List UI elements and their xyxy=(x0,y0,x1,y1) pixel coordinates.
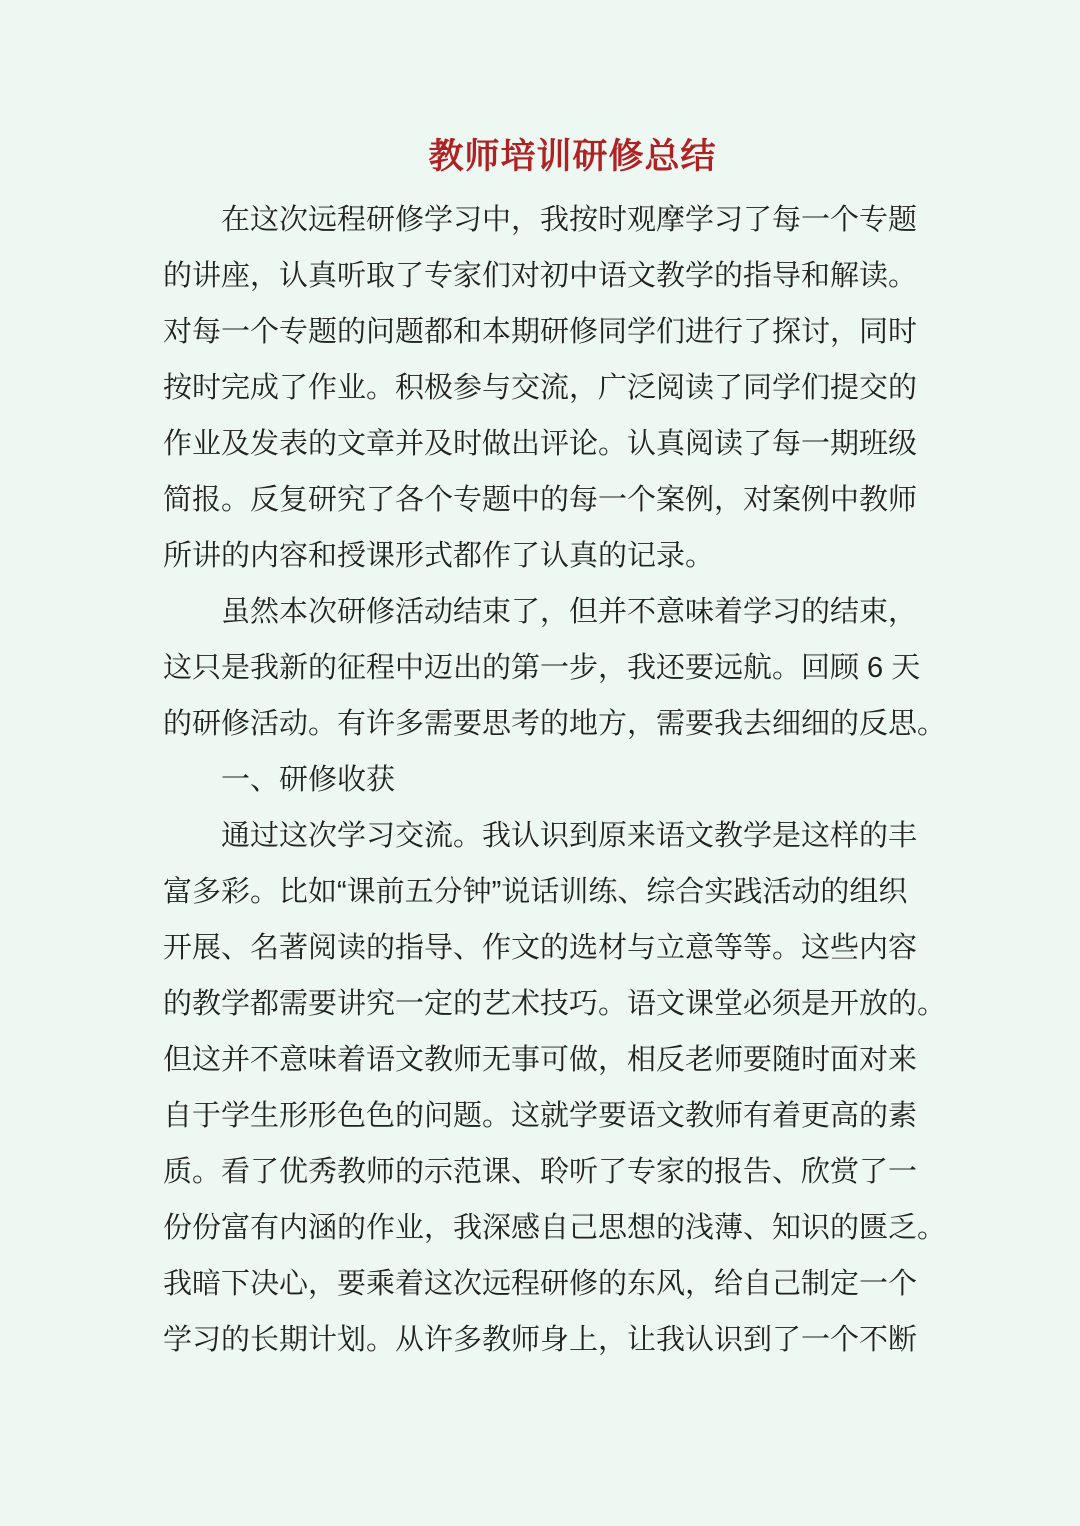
text-line: 虽然本次研修活动结束了，但并不意味着学习的结束， xyxy=(163,584,918,640)
text-line: 所讲的内容和授课形式都作了认真的记录。 xyxy=(163,528,918,584)
text-line: 学习的长期计划。从许多教师身上，让我认识到了一个不断 xyxy=(163,1312,918,1368)
text-line: 的讲座，认真听取了专家们对初中语文教学的指导和解读。 xyxy=(163,248,918,304)
text-line: 份份富有内涵的作业，我深感自己思想的浅薄、知识的匮乏。 xyxy=(163,1200,918,1256)
text-line: 但这并不意味着语文教师无事可做，相反老师要随时面对来 xyxy=(163,1032,918,1088)
text-line: 我暗下决心，要乘着这次远程研修的东风，给自己制定一个 xyxy=(163,1256,918,1312)
text-line: 这只是我新的征程中迈出的第一步，我还要远航。回顾 6 天 xyxy=(163,640,918,696)
paragraph: 虽然本次研修活动结束了，但并不意味着学习的结束，这只是我新的征程中迈出的第一步，… xyxy=(163,584,918,752)
paragraph: 在这次远程研修学习中，我按时观摩学习了每一个专题的讲座，认真听取了专家们对初中语… xyxy=(163,192,918,584)
text-line: 的教学都需要讲究一定的艺术技巧。语文课堂必须是开放的。 xyxy=(163,976,918,1032)
text-line: 按时完成了作业。积极参与交流，广泛阅读了同学们提交的 xyxy=(163,360,918,416)
text-line: 对每一个专题的问题都和本期研修同学们进行了探讨，同时 xyxy=(163,304,918,360)
text-line: 富多彩。比如“课前五分钟”说话训练、综合实践活动的组织 xyxy=(163,864,918,920)
text-line: 质。看了优秀教师的示范课、聆听了专家的报告、欣赏了一 xyxy=(163,1144,918,1200)
text-line: 自于学生形形色色的问题。这就学要语文教师有着更高的素 xyxy=(163,1088,918,1144)
section-heading: 一、研修收获 xyxy=(163,752,918,808)
document-body: 在这次远程研修学习中，我按时观摩学习了每一个专题的讲座，认真听取了专家们对初中语… xyxy=(163,192,918,1368)
text-line: 开展、名著阅读的指导、作文的选材与立意等等。这些内容 xyxy=(163,920,918,976)
text-line: 在这次远程研修学习中，我按时观摩学习了每一个专题 xyxy=(163,192,918,248)
text-line: 作业及发表的文章并及时做出评论。认真阅读了每一期班级 xyxy=(163,416,918,472)
text-line: 的研修活动。有许多需要思考的地方，需要我去细细的反思。 xyxy=(163,696,918,752)
paragraph: 通过这次学习交流。我认识到原来语文教学是这样的丰富多彩。比如“课前五分钟”说话训… xyxy=(163,808,918,1368)
text-line: 通过这次学习交流。我认识到原来语文教学是这样的丰 xyxy=(163,808,918,864)
document-title: 教师培训研修总结 xyxy=(163,133,918,181)
text-line: 简报。反复研究了各个专题中的每一个案例，对案例中教师 xyxy=(163,472,918,528)
document-page: 教师培训研修总结 在这次远程研修学习中，我按时观摩学习了每一个专题的讲座，认真听… xyxy=(0,0,1080,1526)
text-line: 一、研修收获 xyxy=(163,752,918,808)
